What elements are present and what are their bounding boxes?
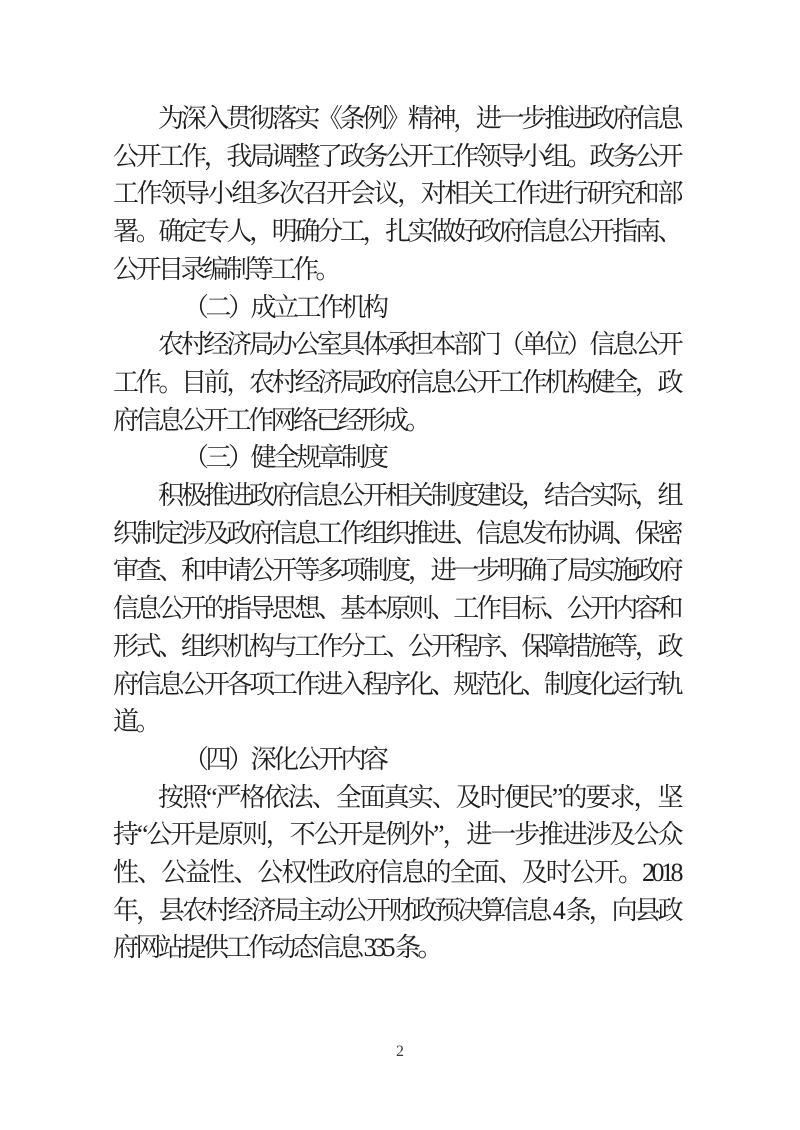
section-2-paragraph: 农村经济局办公室具体承担本部门（单位）信息公开工作。目前，农村经济局政府信息公开… [113,326,680,439]
section-3-paragraph: 积极推进政府信息公开相关制度建设，结合实际，组织制定涉及政府信息工作组织推进、信… [113,477,680,741]
section-4-paragraph: 按照“严格依法、全面真实、及时便民”的要求，坚持“公开是原则，不公开是例外”，进… [113,779,680,968]
document-page: 为深入贯彻落实《条例》精神，进一步推进政府信息公开工作，我局调整了政务公开工作领… [0,0,800,1130]
document-body: 为深入贯彻落实《条例》精神，进一步推进政府信息公开工作，我局调整了政务公开工作领… [113,100,680,967]
section-heading-4: （四）深化公开内容 [113,741,680,779]
section-heading-3: （三）健全规章制度 [113,439,680,477]
page-number: 2 [0,1043,800,1061]
section-heading-2: （二）成立工作机构 [113,289,680,327]
intro-paragraph: 为深入贯彻落实《条例》精神，进一步推进政府信息公开工作，我局调整了政务公开工作领… [113,100,680,289]
